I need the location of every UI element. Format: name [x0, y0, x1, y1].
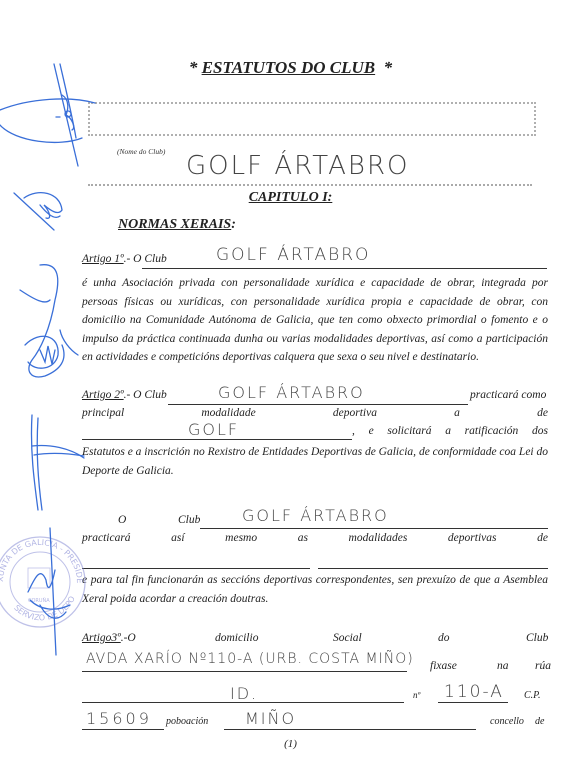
article-3-label: Artigo3º.-O	[82, 632, 136, 644]
article-2-line-2: principal modalidade deportiva a de	[82, 407, 548, 419]
article-1-club-line	[142, 268, 547, 269]
document-title: * ESTATUTOS DO CLUB *	[0, 58, 581, 78]
town-handwritten[interactable]: MIÑO	[245, 709, 296, 728]
title-asterisk-left: *	[189, 58, 198, 77]
word: deportiva	[333, 407, 377, 419]
number-line	[438, 702, 508, 703]
article-2-body: Estatutos e a inscrición no Rexistro de …	[82, 443, 548, 480]
stamp-text-bottom: SERVIZO DE DEPORTE	[0, 0, 77, 622]
word: as	[298, 532, 308, 544]
article-2-sections: e para tal fin funcionarán as seccións d…	[82, 571, 548, 608]
signature-1-icon	[0, 64, 95, 166]
chapter-heading: CAPITULO I:	[0, 190, 581, 206]
word: así	[171, 532, 184, 544]
word: Social	[333, 632, 362, 644]
town-line	[224, 729, 476, 730]
article-2-club-word: Club	[178, 514, 200, 526]
title-asterisk-right: *	[384, 58, 393, 77]
title-text: ESTATUTOS DO CLUB	[202, 58, 376, 77]
rua-label: rúa	[535, 660, 551, 672]
page-number: (1)	[0, 738, 581, 750]
article-1-number: Artigo 1º	[82, 253, 124, 265]
club-name-label: (Nome do Club)	[117, 147, 165, 156]
club-name-handwritten[interactable]: GOLF ÁRTABRO	[186, 151, 409, 181]
article-2-practicara-line: practicará así mesmo as modalidades depo…	[82, 532, 548, 544]
word: a	[454, 407, 460, 419]
number-handwritten[interactable]: 110-A	[444, 682, 504, 702]
postal-handwritten[interactable]: 15609	[86, 709, 152, 728]
word: modalidade	[201, 407, 255, 419]
concello-label: concello	[490, 716, 524, 727]
modalidades-line-2[interactable]	[318, 568, 548, 569]
word: practicará	[82, 532, 131, 544]
article-2-intro: .- O Club	[124, 389, 167, 401]
address-handwritten[interactable]: AVDA XARÍO Nº110-A (URB. COSTA MIÑO)	[86, 651, 414, 667]
article-1-body: é unha Asociación privada con personalid…	[82, 274, 548, 367]
cp-label: C.P.	[524, 690, 541, 701]
club-name-box[interactable]	[88, 102, 536, 136]
modalidades-line-1[interactable]	[82, 568, 310, 569]
article-2-second-club-handwritten[interactable]: GOLF ÁRTABRO	[242, 506, 389, 525]
article-2-practicara: practicará como	[470, 389, 546, 401]
article-2-club-line	[168, 404, 468, 405]
club-name-underline	[88, 184, 532, 186]
article-2-club-handwritten[interactable]: GOLF ÁRTABRO	[218, 383, 365, 402]
word: do	[438, 632, 450, 644]
article-1-label: Artigo 1º.- O Club	[82, 253, 167, 265]
poboacion-label: poboación	[166, 716, 208, 727]
article-2-sport-handwritten[interactable]: GOLF	[188, 420, 239, 439]
stamp-city: CORUÑA	[28, 597, 50, 604]
number-label: nº	[413, 690, 420, 700]
article-3-intro: .-O	[121, 632, 136, 644]
fixase-label: fixase	[430, 660, 457, 672]
article-2-label: Artigo 2º.- O Club	[82, 389, 167, 401]
article-2-sport-line	[82, 439, 352, 440]
section-heading: NORMAS XERAIS:	[118, 217, 236, 233]
signature-2-icon	[20, 265, 78, 377]
section-heading-text: NORMAS XERAIS	[118, 217, 231, 232]
word: deportivas	[448, 532, 497, 544]
signature-4-icon	[28, 528, 70, 655]
street-handwritten[interactable]: ID.	[230, 684, 258, 703]
word: modalidades	[349, 532, 408, 544]
word: de	[537, 532, 548, 544]
word: mesmo	[225, 532, 257, 544]
word: Club	[526, 632, 548, 644]
de-label: de	[535, 716, 544, 727]
word: de	[537, 407, 548, 419]
article-2-number: Artigo 2º	[82, 389, 124, 401]
section-colon: :	[231, 217, 236, 232]
article-3-number: Artigo3º	[82, 632, 121, 644]
na-label: na	[497, 660, 509, 672]
word: principal	[82, 407, 124, 419]
word: domicilio	[215, 632, 258, 644]
article-2-ratification: ,esolicitaráaratificacióndos	[352, 425, 548, 437]
article-1-club-handwritten[interactable]: GOLF ÁRTABRO	[216, 245, 370, 265]
signature-3-icon	[31, 415, 84, 510]
address-line	[82, 671, 407, 672]
article-1-intro: .- O Club	[124, 253, 167, 265]
stamp-text-top: XUNTA DE GALICIA - PRESIDENCIA	[0, 0, 84, 584]
article-2-o: O	[118, 514, 126, 526]
article-2-second-club-line	[200, 528, 548, 529]
postal-line	[82, 729, 164, 730]
